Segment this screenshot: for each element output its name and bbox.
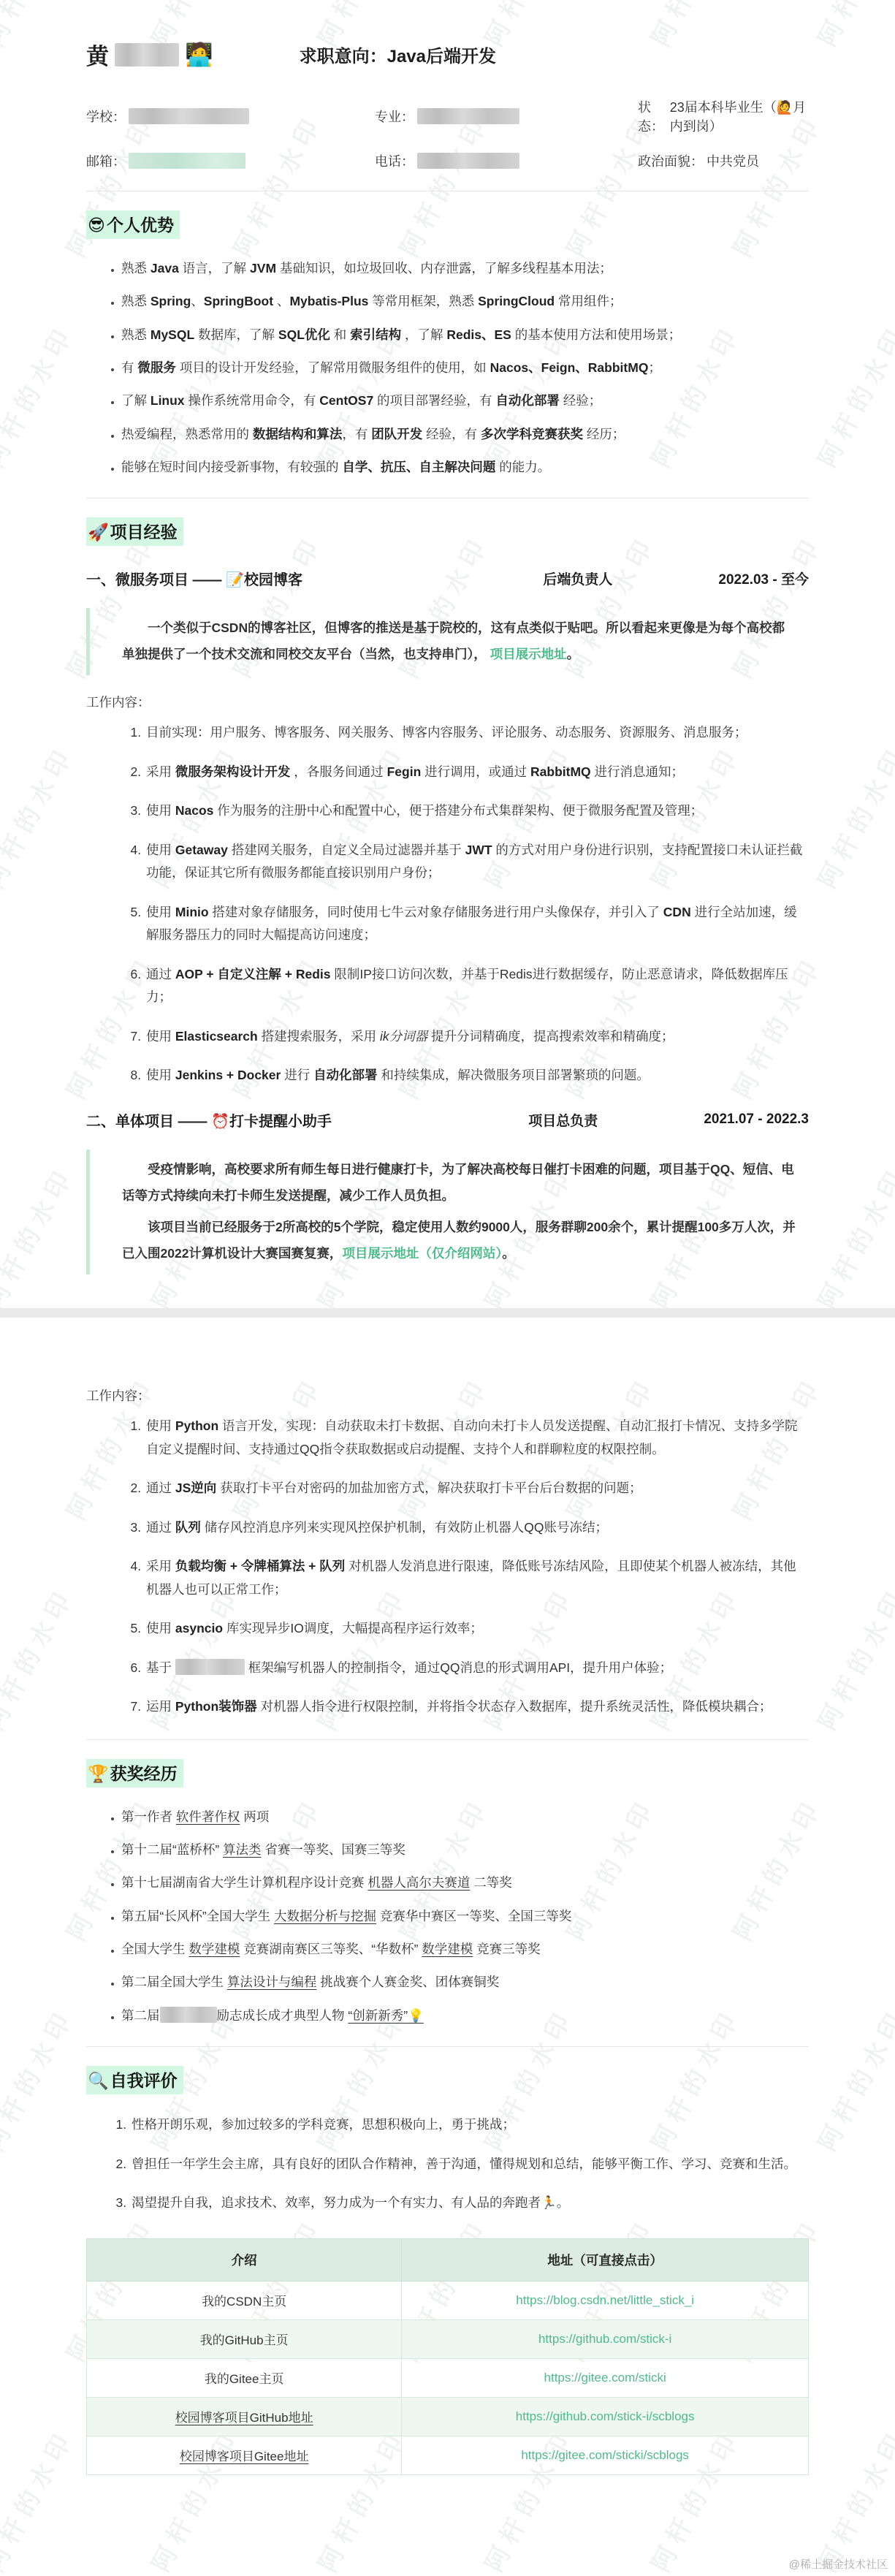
text-run: 23届本科毕业生（🙋月内到岗）: [670, 100, 806, 134]
text-run: 校园博客项目Gitee地址: [180, 2450, 309, 2463]
strength-item: 能够在短时间内接受新事物，有较强的 自学、抗压、自主解决问题 的能力。: [121, 457, 809, 477]
project2-quote: 受疫情影响，高校要求所有师生每日进行健康打卡，为了解决高校每日催打卡困难的问题，…: [86, 1150, 809, 1275]
strength-item: 有 微服务 项目的设计开发经验，了解常用微服务组件的使用，如 Nacos、Fei…: [121, 357, 809, 378]
self-eval-item: 曾担任一年学生会主席，具有良好的团队合作精神，善于沟通，懂得规划和总结，能够平衡…: [130, 2153, 809, 2176]
text-run: Nacos: [175, 803, 214, 818]
text-run: ik分词器: [380, 1029, 427, 1044]
table-link[interactable]: https://gitee.com/sticki/scblogs: [521, 2448, 689, 2462]
text-run: 、: [191, 294, 204, 308]
text-run: 软件著作权: [176, 1809, 240, 1824]
basic-info-grid: 学校： 专业： 状态： 23届本科毕业生（🙋月内到岗） 邮箱： 电话： 政治面貌…: [86, 97, 809, 170]
text-run: SQL优化: [278, 327, 330, 342]
inline-link[interactable]: 项目展示地址（仅介绍网站）: [342, 1246, 502, 1261]
text-run: 搭建对象存储服务，同时使用七牛云对象存储服务进行用户头像保存，并引入了: [209, 905, 663, 919]
text-run: 能够在短时间内接受新事物，有较强的: [121, 460, 342, 474]
redacted-text: [129, 153, 245, 169]
text-run: ，有: [342, 427, 371, 441]
text-run: 作为服务的注册中心和配置中心，便于搭建分布式集群架构、便于微服务配置及管理；: [213, 803, 703, 818]
text-run: JS逆向: [175, 1481, 216, 1495]
work-item: 运用 Python装饰器 对机器人指令进行权限控制，并将指令状态存入数据库，提升…: [145, 1695, 809, 1719]
info-value: [417, 108, 519, 125]
text-run: 。: [567, 647, 580, 661]
text-run: Minio: [175, 905, 209, 919]
link-url-cell: https://gitee.com/sticki/scblogs: [402, 2436, 809, 2474]
text-run: Linux: [151, 393, 185, 408]
project1-title: 一、微服务项目 —— 📝校园博客: [86, 568, 302, 589]
text-run: 自动化部署: [313, 1068, 378, 1082]
redacted-text: [160, 2007, 217, 2023]
info-value: 中共党员: [707, 151, 759, 170]
award-item: 第十二届“蓝桥杯” 算法类 省赛一等奖、国赛三等奖: [121, 1839, 809, 1860]
page-break-band: [0, 1308, 895, 1318]
text-run: 我的Gitee主页: [205, 2372, 284, 2386]
text-run: 第十七届湖南省大学生计算机程序设计竞赛: [121, 1875, 367, 1890]
text-run: 一个类似于CSDN的博客社区，但博客的推送是基于院校的，这有点类似于贴吧。所以看…: [122, 620, 785, 661]
text-run: 自动化部署: [495, 393, 560, 408]
text-run: 对机器人指令进行权限控制，并将指令状态存入数据库，提升系统灵活性，降低模块耦合；: [257, 1699, 772, 1714]
project2-period: 2021.07 - 2022.3: [704, 1112, 809, 1128]
text-run: 目前实现：用户服务、博客服务、网关服务、博客内容服务、评论服务、动态服务、资源服…: [146, 725, 747, 740]
text-run: Elasticsearch: [175, 1029, 258, 1044]
work-item: 使用 Python 语言开发，实现：自动获取未打卡数据、自动向未打卡人员发送提醒…: [145, 1415, 809, 1461]
resume-page: 阿杆的水印阿杆的水印阿杆的水印阿杆的水印阿杆的水印阿杆的水印阿杆的水印阿杆的水印…: [0, 0, 895, 2576]
work-item: 基于 框架编写机器人的控制指令，通过QQ消息的形式调用API，提升用户体验；: [145, 1657, 809, 1680]
section-awards: 🏆获奖经历: [86, 1759, 809, 1787]
work-item: 采用 负载均衡 + 令牌桶算法 + 队列 对机器人发消息进行限速，降低账号冻结风…: [145, 1555, 809, 1601]
table-link[interactable]: https://github.com/stick-i: [538, 2332, 671, 2346]
text-run: 库实现异步IO调度，大幅提高程序运行效率；: [223, 1621, 483, 1635]
awards-list: 第一作者 软件著作权 两项第十二届“蓝桥杯” 算法类 省赛一等奖、国赛三等奖第十…: [86, 1806, 809, 2026]
text-run: 。: [502, 1246, 515, 1261]
text-run: 团队开发: [371, 427, 422, 441]
table-row: 校园博客项目GitHub地址https://github.com/stick-i…: [87, 2397, 809, 2436]
text-run: 使用: [146, 1418, 175, 1433]
project1-heading-row: 一、微服务项目 —— 📝校园博客 后端负责人 2022.03 - 至今: [86, 568, 809, 589]
award-item: 全国大学生 数学建模 竞赛湖南赛区三等奖、“华数杯” 数学建模 竞赛三等奖: [121, 1939, 809, 1959]
work-item: 使用 Nacos 作为服务的注册中心和配置中心，便于搭建分布式集群架构、便于微服…: [145, 799, 809, 823]
text-run: 第二届全国大学生: [121, 1975, 227, 1989]
text-run: 负载均衡 + 令牌桶算法 + 队列: [175, 1559, 345, 1573]
link-intro-cell: 我的CSDN主页: [87, 2281, 402, 2319]
text-run: 了解: [121, 393, 151, 408]
award-item: 第二届全国大学生 算法设计与编程 挑战赛个人赛金奖、团体赛铜奖: [121, 1972, 809, 1992]
info-label: 专业：: [375, 107, 414, 126]
info-politics: 政治面貌： 中共党员: [638, 151, 809, 170]
text-run: 多次学科竞赛获奖: [481, 427, 583, 441]
text-run: 进行: [281, 1068, 313, 1082]
strengths-list: 熟悉 Java 语言，了解 JVM 基础知识，如垃圾回收、内存泄露，了解多线程基…: [86, 258, 809, 477]
link-intro-cell: 校园博客项目Gitee地址: [87, 2436, 402, 2474]
strength-item: 熟悉 MySQL 数据库，了解 SQL优化 和 索引结构 ，了解 Redis、E…: [121, 324, 809, 345]
text-run: asyncio: [175, 1621, 223, 1635]
text-run: 熟悉: [121, 327, 151, 342]
text-run: 数据库，了解: [194, 327, 278, 342]
work-item: 通过 队列 储存风控消息序列来实现风控保护机制，有效防止机器人QQ账号冻结；: [145, 1516, 809, 1540]
text-run: 等常用框架，熟悉: [368, 294, 478, 308]
text-run: 竞赛湖南赛区三等奖、“华数杯”: [240, 1942, 422, 1956]
work-item: 使用 Jenkins + Docker 进行 自动化部署 和持续集成，解决微服务…: [145, 1064, 809, 1087]
text-run: ，各服务间通过: [290, 764, 386, 779]
links-table: 介绍地址（可直接点击） 我的CSDN主页https://blog.csdn.ne…: [86, 2238, 809, 2475]
text-run: 性格开朗乐观，参加过较多的学科竞赛，思想积极向上，勇于挑战；: [132, 2117, 515, 2132]
text-run: 采用: [146, 1559, 175, 1573]
text-run: 运用: [146, 1699, 175, 1714]
section-divider: [86, 191, 809, 191]
text-run: 受疫情影响，高校要求所有师生每日进行健康打卡，为了解决高校每日催打卡困难的问题，…: [122, 1162, 794, 1203]
section-self-eval: 🔍自我评价: [86, 2066, 809, 2094]
text-run: 获取打卡平台对密码的加盐加密方式，解决获取打卡平台后台数据的问题；: [216, 1481, 641, 1495]
text-run: Nacos、Feign、RabbitMQ: [490, 360, 649, 375]
strength-item: 了解 Linux 操作系统常用命令，有 CentOS7 的项目部署经验，有 自动…: [121, 390, 809, 411]
text-run: 索引结构: [350, 327, 401, 342]
text-run: 使用: [146, 803, 175, 818]
section-title-text: 自我评价: [110, 2071, 178, 2090]
project2-work-list: 使用 Python 语言开发，实现：自动获取未打卡数据、自动向未打卡人员发送提醒…: [86, 1415, 809, 1719]
info-label: 电话：: [375, 151, 414, 170]
info-value: [129, 108, 249, 125]
text-run: 队列: [175, 1520, 201, 1535]
text-run: 使用: [146, 1068, 175, 1082]
info-label: 政治面貌：: [638, 151, 704, 170]
work-item: 目前实现：用户服务、博客服务、网关服务、博客内容服务、评论服务、动态服务、资源服…: [145, 721, 809, 745]
strength-item: 熟悉 Java 语言，了解 JVM 基础知识，如垃圾回收、内存泄露，了解多线程基…: [121, 258, 809, 278]
resume-content: 黄 🧑‍💻 求职意向：Java后端开发 学校： 专业： 状态： 23届本科毕业生…: [0, 0, 895, 2475]
text-run: 校园博客项目GitHub地址: [175, 2411, 313, 2425]
text-run: 有: [121, 360, 137, 375]
award-item: 第一作者 软件著作权 两项: [121, 1806, 809, 1827]
table-header-cell: 地址（可直接点击）: [402, 2238, 809, 2281]
text-run: 算法类: [223, 1842, 262, 1857]
text-run: 励志成长成才典型人物: [217, 2008, 349, 2023]
table-header-row: 介绍地址（可直接点击）: [87, 2238, 809, 2281]
project2-heading-row: 二、单体项目 —— ⏰打卡提醒小助手 项目总负责 2021.07 - 2022.…: [86, 1109, 809, 1131]
project2-role: 项目总负责: [528, 1110, 598, 1130]
text-run: 采用: [146, 764, 175, 779]
table-row: 校园博客项目Gitee地址https://gitee.com/sticki/sc…: [87, 2436, 809, 2474]
redacted-text: [129, 108, 249, 124]
project1-period: 2022.03 - 至今: [718, 569, 809, 588]
section-title: 🚀项目经验: [86, 517, 183, 546]
text-run: 竞赛华中赛区一等奖、全国三等奖: [376, 1909, 571, 1923]
award-item: 第五届“长风杯”全国大学生 大数据分析与挖掘 竞赛华中赛区一等奖、全国三等奖: [121, 1906, 809, 1926]
text-run: Getaway: [175, 843, 228, 857]
table-row: 我的CSDN主页https://blog.csdn.net/little_sti…: [87, 2281, 809, 2319]
candidate-name: 黄 🧑‍💻: [86, 38, 213, 71]
inline-link[interactable]: 项目展示地址: [490, 647, 567, 661]
quote-paragraph: 受疫情影响，高校要求所有师生每日进行健康打卡，为了解决高校每日催打卡困难的问题，…: [122, 1157, 797, 1209]
text-run: 大数据分析与挖掘: [274, 1909, 376, 1923]
text-run: 的项目部署经验，有: [373, 393, 495, 408]
project1-work-label: 工作内容：: [86, 693, 809, 711]
section-title: 🔍自我评价: [86, 2066, 183, 2094]
table-header-cell: 介绍: [87, 2238, 402, 2281]
text-run: ；: [648, 360, 661, 375]
section-divider: [86, 498, 809, 498]
quote-paragraph: 一个类似于CSDN的博客社区，但博客的推送是基于院校的，这有点类似于贴吧。所以看…: [122, 615, 797, 668]
info-value: 23届本科毕业生（🙋月内到岗）: [670, 97, 809, 135]
text-run: 二等奖: [470, 1875, 511, 1890]
text-run: 搭建网关服务，自定义全局过滤器并基于: [228, 843, 465, 857]
text-run: 自学、抗压、自主解决问题: [342, 460, 495, 474]
project1-quote: 一个类似于CSDN的博客社区，但博客的推送是基于院校的，这有点类似于贴吧。所以看…: [86, 608, 809, 675]
text-run: 曾担任一年学生会主席，具有良好的团队合作精神，善于沟通，懂得规划和总结，能够平衡…: [132, 2157, 796, 2171]
link-url-cell: https://github.com/stick-i: [402, 2319, 809, 2358]
work-item: 使用 Getaway 搭建网关服务，自定义全局过滤器并基于 JWT 的方式对用户…: [145, 839, 809, 885]
award-item: 第十七届湖南省大学生计算机程序设计竞赛 机器人高尔夫赛道 二等奖: [121, 1872, 809, 1893]
text-run: 和: [330, 327, 350, 342]
text-run: 语言，了解: [179, 261, 250, 276]
link-url-cell: https://blog.csdn.net/little_stick_i: [402, 2281, 809, 2319]
text-run: 和持续集成，解决微服务项目部署繁琐的问题。: [378, 1068, 650, 1082]
text-run: 第十二届“蓝桥杯”: [121, 1842, 223, 1857]
text-run: 、: [273, 294, 289, 308]
text-run: Redis、ES: [446, 327, 511, 342]
work-item: 使用 Elasticsearch 搭建搜索服务，采用 ik分词器 提升分词精确度…: [145, 1025, 809, 1049]
magnifying-glass-emoji-icon: 🔍: [88, 2071, 109, 2090]
text-run: 熟悉: [121, 261, 151, 276]
text-run: 机器人高尔夫赛道: [367, 1875, 470, 1890]
redacted-text: [417, 153, 519, 169]
text-run: 第一作者: [121, 1809, 176, 1824]
section-title-text: 获奖经历: [110, 1764, 178, 1783]
link-url-cell: https://gitee.com/sticki: [402, 2358, 809, 2397]
project1-role: 后端负责人: [543, 569, 612, 588]
text-run: ，了解: [401, 327, 446, 342]
work-item: 采用 微服务架构设计开发 ，各服务间通过 Fegin 进行调用，或通过 Rabb…: [145, 761, 809, 784]
text-run: Fegin: [387, 764, 422, 779]
text-run: 进行调用，或通过: [421, 764, 530, 779]
text-run: 省赛一等奖、国赛三等奖: [262, 1842, 405, 1857]
text-run: MySQL: [151, 327, 194, 342]
trophy-emoji-icon: 🏆: [88, 1764, 109, 1783]
text-run: 提升分词精确度，提高搜索效率和精确度；: [427, 1029, 674, 1044]
table-link[interactable]: https://github.com/stick-i/scblogs: [516, 2409, 695, 2423]
work-item: 使用 asyncio 库实现异步IO调度，大幅提高程序运行效率；: [145, 1617, 809, 1641]
text-run: 基于: [146, 1660, 175, 1675]
link-url-cell: https://github.com/stick-i/scblogs: [402, 2397, 809, 2436]
text-run: 使用: [146, 905, 175, 919]
text-run: 经验，有: [422, 427, 481, 441]
work-item: 使用 Minio 搭建对象存储服务，同时使用七牛云对象存储服务进行用户头像保存，…: [145, 901, 809, 947]
table-link[interactable]: https://gitee.com/sticki: [544, 2371, 666, 2385]
table-row: 我的Gitee主页https://gitee.com/sticki: [87, 2358, 809, 2397]
info-label: 邮箱：: [86, 151, 126, 170]
text-run: 的基本使用方法和使用场景；: [511, 327, 681, 342]
text-run: 进行消息通知；: [591, 764, 684, 779]
text-run: JWT: [465, 843, 492, 857]
text-run: 使用: [146, 1029, 175, 1044]
link-intro-cell: 我的GitHub主页: [87, 2319, 402, 2358]
info-value: [417, 153, 519, 170]
text-run: 通过: [146, 1481, 175, 1495]
text-run: 算法设计与编程: [227, 1975, 317, 1989]
text-run: 使用: [146, 1621, 175, 1635]
name-text: 黄: [86, 38, 109, 71]
job-intent: 求职意向：Java后端开发: [300, 42, 496, 67]
text-run: 渴望提升自我，追求技术、效率，努力成为一个有实力、有人品的奔跑者🏃。: [132, 2195, 569, 2210]
table-link[interactable]: https://blog.csdn.net/little_stick_i: [516, 2293, 694, 2307]
text-run: 全国大学生: [121, 1942, 188, 1956]
text-run: AOP + 自定义注解 + Redis: [175, 967, 331, 981]
strength-item: 熟悉 Spring、SpringBoot 、Mybatis-Plus 等常用框架…: [121, 291, 809, 311]
work-item: 通过 AOP + 自定义注解 + Redis 限制IP接口访问次数，并基于Red…: [145, 963, 809, 1009]
text-run: 框架编写机器人的控制指令，通过QQ消息的形式调用API，提升用户体验；: [245, 1660, 672, 1675]
redacted-text: [175, 1659, 245, 1675]
rocket-emoji-icon: 🚀: [88, 523, 109, 542]
section-title: 😎个人优势: [86, 210, 180, 239]
text-run: 的能力。: [495, 460, 550, 474]
text-run: Python: [175, 1418, 218, 1433]
strength-item: 热爱编程，熟悉常用的 数据结构和算法，有 团队开发 经验，有 多次学科竞赛获奖 …: [121, 424, 809, 444]
info-email: 邮箱：: [86, 151, 375, 170]
text-run: Java: [151, 261, 179, 276]
link-intro-cell: 我的Gitee主页: [87, 2358, 402, 2397]
text-run: 语言开发，实现：自动获取未打卡数据、自动向未打卡人员发送提醒、自动汇报打卡情况、…: [146, 1418, 798, 1456]
text-run: JVM: [250, 261, 276, 276]
section-divider: [86, 1739, 809, 1740]
text-run: 微服务架构设计开发: [175, 764, 291, 779]
redacted-name-block: [115, 43, 179, 67]
text-run: 微服务: [137, 360, 176, 375]
text-run: 基础知识，如垃圾回收、内存泄露，了解多线程基本用法；: [276, 261, 612, 276]
text-run: Python装饰器: [175, 1699, 257, 1714]
text-run: 项目的设计开发经验，了解常用微服务组件的使用，如: [176, 360, 490, 375]
text-run: 数学建模: [188, 1942, 240, 1956]
text-run: “创新新秀”💡: [348, 2008, 423, 2023]
header: 黄 🧑‍💻 求职意向：Java后端开发: [86, 38, 809, 71]
section-projects: 🚀项目经验: [86, 517, 809, 546]
text-run: 第二届: [121, 2008, 160, 2023]
text-run: 两项: [240, 1809, 269, 1824]
text-run: 第五届“长风杯”全国大学生: [121, 1909, 274, 1923]
sunglasses-face-emoji-icon: 😎: [88, 216, 105, 235]
text-run: 挑战赛个人赛金奖、团体赛铜奖: [316, 1975, 499, 1989]
text-run: 数据结构和算法: [253, 427, 343, 441]
text-run: Mybatis-Plus: [289, 294, 368, 308]
text-run: 经历；: [583, 427, 625, 441]
info-phone: 电话：: [375, 151, 638, 170]
redacted-text: [417, 108, 519, 124]
info-label: 状态：: [638, 97, 667, 135]
section-title-text: 个人优势: [107, 216, 174, 235]
project1-work-list: 目前实现：用户服务、博客服务、网关服务、博客内容服务、评论服务、动态服务、资源服…: [86, 721, 809, 1087]
text-run: 热爱编程，熟悉常用的: [121, 427, 253, 441]
table-row: 我的GitHub主页https://github.com/stick-i: [87, 2319, 809, 2358]
text-run: 中共党员: [707, 154, 759, 169]
info-major: 专业：: [375, 97, 638, 135]
text-run: Spring: [151, 294, 191, 308]
quote-paragraph: 该项目当前已经服务于2所高校的5个学院，稳定使用人数约9000人，服务群聊200…: [122, 1215, 797, 1267]
info-school: 学校：: [86, 97, 375, 135]
text-run: 常用组件；: [555, 294, 622, 308]
self-eval-list: 性格开朗乐观，参加过较多的学科竞赛，思想积极向上，勇于挑战；曾担任一年学生会主席…: [86, 2113, 809, 2215]
text-run: RabbitMQ: [530, 764, 591, 779]
section-title: 🏆获奖经历: [86, 1759, 183, 1787]
self-eval-item: 性格开朗乐观，参加过较多的学科竞赛，思想积极向上，勇于挑战；: [130, 2113, 809, 2137]
section-title-text: 项目经验: [110, 523, 178, 542]
text-run: 经验；: [560, 393, 601, 408]
info-status: 状态： 23届本科毕业生（🙋月内到岗）: [638, 97, 809, 135]
text-run: 我的GitHub主页: [200, 2333, 289, 2347]
text-run: CentOS7: [319, 393, 373, 408]
text-run: 搭建搜索服务，采用: [258, 1029, 380, 1044]
text-run: 操作系统常用命令，有: [185, 393, 320, 408]
text-run: 熟悉: [121, 294, 151, 308]
text-run: 通过: [146, 1520, 175, 1535]
text-run: Jenkins + Docker: [175, 1068, 281, 1082]
text-run: 我的CSDN主页: [202, 2295, 286, 2309]
text-run: 储存风控消息序列来实现风控保护机制，有效防止机器人QQ账号冻结；: [201, 1520, 608, 1535]
text-run: SpringCloud: [478, 294, 555, 308]
work-item: 通过 JS逆向 获取打卡平台对密码的加盐加密方式，解决获取打卡平台后台数据的问题…: [145, 1477, 809, 1500]
text-run: 数学建模: [422, 1942, 473, 1956]
self-eval-item: 渴望提升自我，追求技术、效率，努力成为一个有实力、有人品的奔跑者🏃。: [130, 2192, 809, 2215]
link-intro-cell: 校园博客项目GitHub地址: [87, 2397, 402, 2436]
section-divider: [86, 2046, 809, 2047]
community-credit: @稀土掘金技术社区: [789, 2556, 888, 2572]
text-run: 通过: [146, 967, 175, 981]
project2-work-label: 工作内容：: [86, 1386, 809, 1405]
info-value: [129, 153, 245, 170]
section-strengths: 😎个人优势: [86, 210, 809, 239]
info-label: 学校：: [86, 107, 126, 126]
project2-title: 二、单体项目 —— ⏰打卡提醒小助手: [86, 1109, 332, 1131]
text-run: 使用: [146, 843, 175, 857]
text-run: 竞赛三等奖: [473, 1942, 540, 1956]
technologist-emoji-icon: 🧑‍💻: [185, 41, 213, 68]
award-item: 第二届励志成长成才典型人物 “创新新秀”💡: [121, 2005, 809, 2026]
text-run: SpringBoot: [204, 294, 273, 308]
text-run: CDN: [663, 905, 691, 919]
